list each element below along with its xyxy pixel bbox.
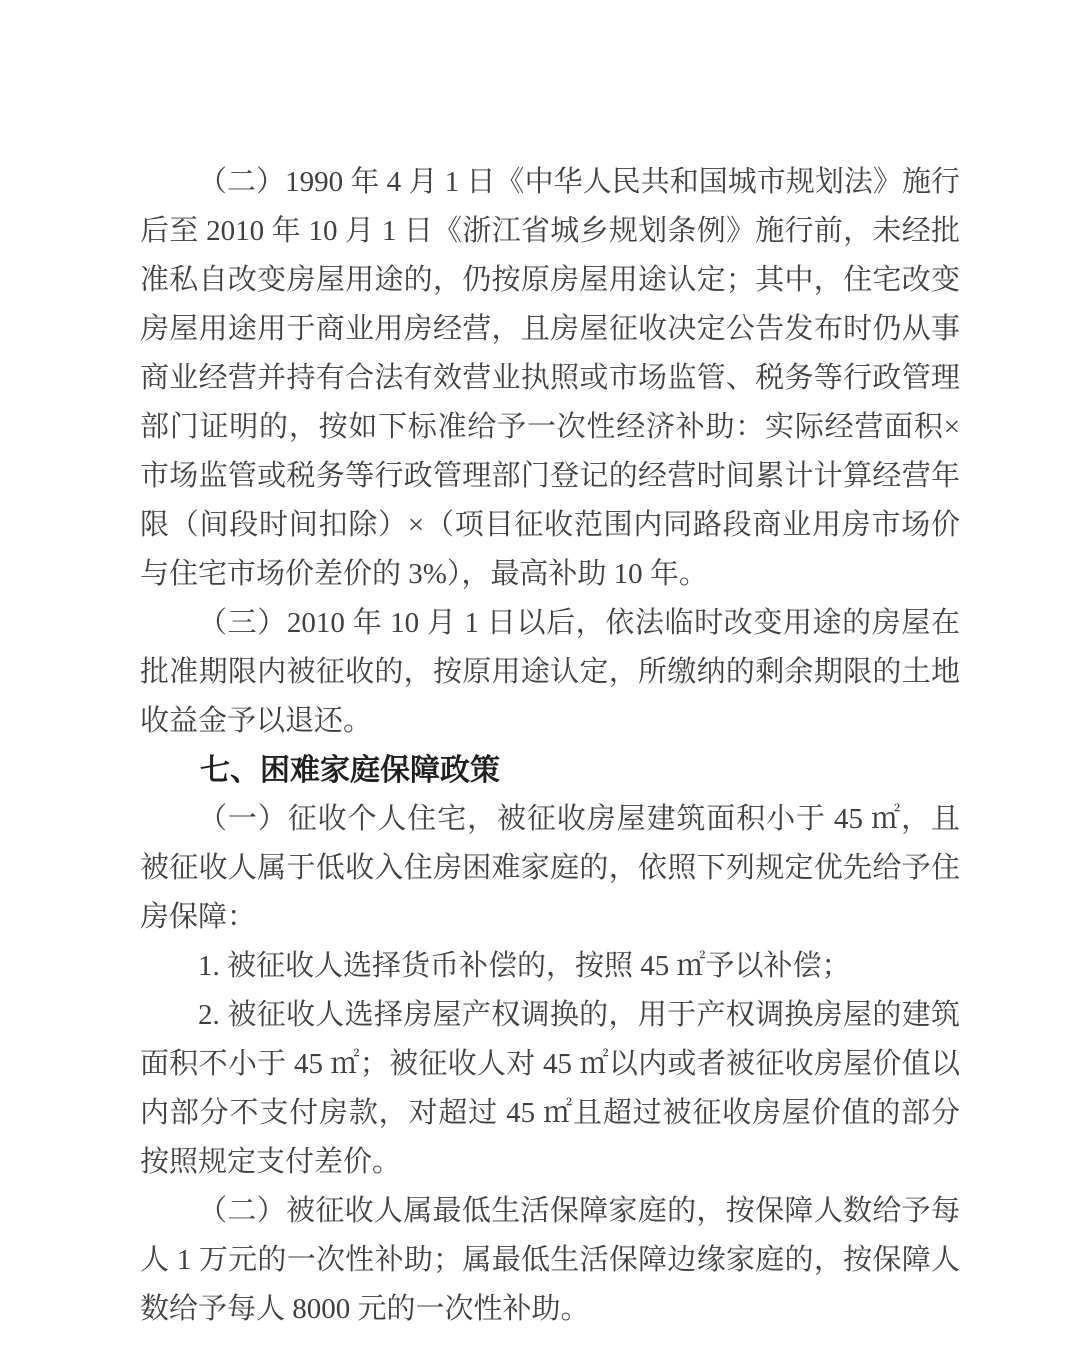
document-page: （二）1990 年 4 月 1 日《中华人民共和国城市规划法》施行后至 2010… (0, 0, 1080, 1353)
list-item-2-property-exchange: 2. 被征收人选择房屋产权调换的，用于产权调换房屋的建筑面积不小于 45 ㎡；被… (140, 991, 960, 1187)
list-item-1-monetary-compensation: 1. 被征收人选择货币补偿的，按照 45 ㎡予以补偿； (140, 942, 960, 991)
paragraph-item-2-minimum-living-allowance: （二）被征收人属最低生活保障家庭的，按保障人数给予每人 1 万元的一次性补助；属… (140, 1187, 960, 1334)
paragraph-item-1-housing-guarantee: （一）征收个人住宅，被征收房屋建筑面积小于 45 ㎡，且被征收人属于低收入住房困… (140, 795, 960, 942)
section-heading-difficult-family-policy: 七、困难家庭保障政策 (140, 746, 960, 795)
paragraph-section-2-usage-change-before-2010: （二）1990 年 4 月 1 日《中华人民共和国城市规划法》施行后至 2010… (140, 158, 960, 599)
paragraph-section-3-temporary-usage-change: （三）2010 年 10 月 1 日以后，依法临时改变用途的房屋在批准期限内被征… (140, 599, 960, 746)
